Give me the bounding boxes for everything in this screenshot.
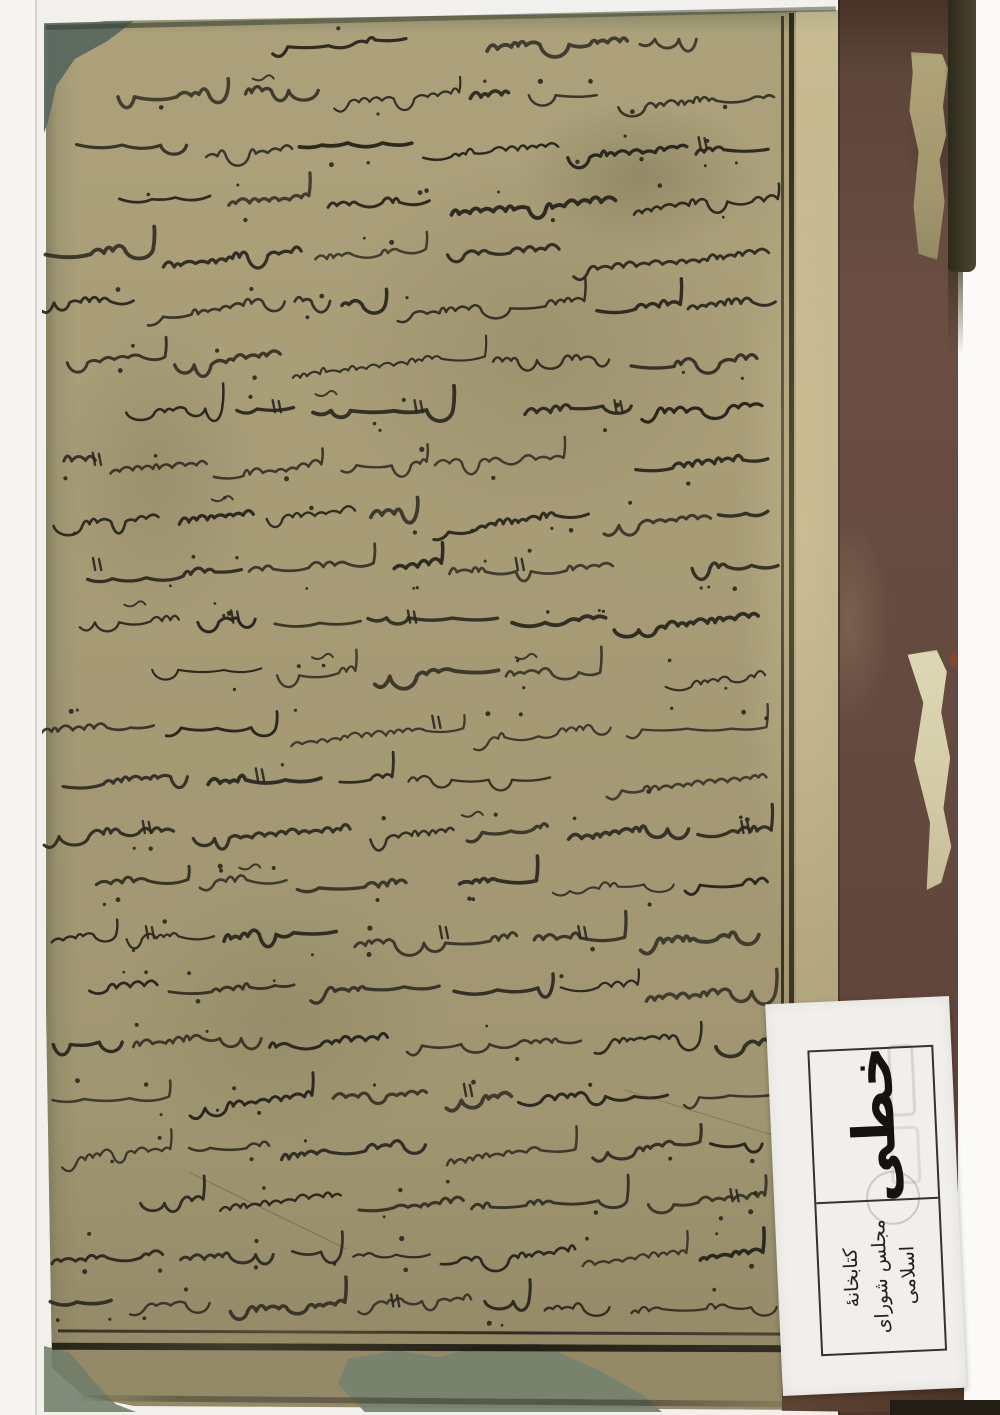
scan-background-left (0, 0, 37, 1415)
label-library-line: مجلس شورای (864, 1219, 898, 1334)
red-stain (950, 652, 958, 666)
binding-edge-stain (948, 270, 963, 355)
label-heading: خطی (836, 1045, 911, 1205)
library-label: خطی کتابخانهٔ مجلس شورای اسلامی (765, 996, 967, 1396)
label-library-line: اسلامی (894, 1245, 925, 1305)
label-library-line: کتابخانهٔ (837, 1247, 868, 1308)
label-library-cell: کتابخانهٔ مجلس شورای اسلامی (816, 1199, 945, 1354)
handwritten-text-block (42, 6, 802, 1351)
binding-edge-shadow (948, 0, 976, 272)
label-heading-cell: خطی (809, 1047, 938, 1202)
manuscript-scan: خطی کتابخانهٔ مجلس شورای اسلامی (0, 0, 1000, 1415)
label-border-box: خطی کتابخانهٔ مجلس شورای اسلامی (807, 1045, 947, 1356)
binding-bottom-shadow (890, 1400, 1000, 1415)
